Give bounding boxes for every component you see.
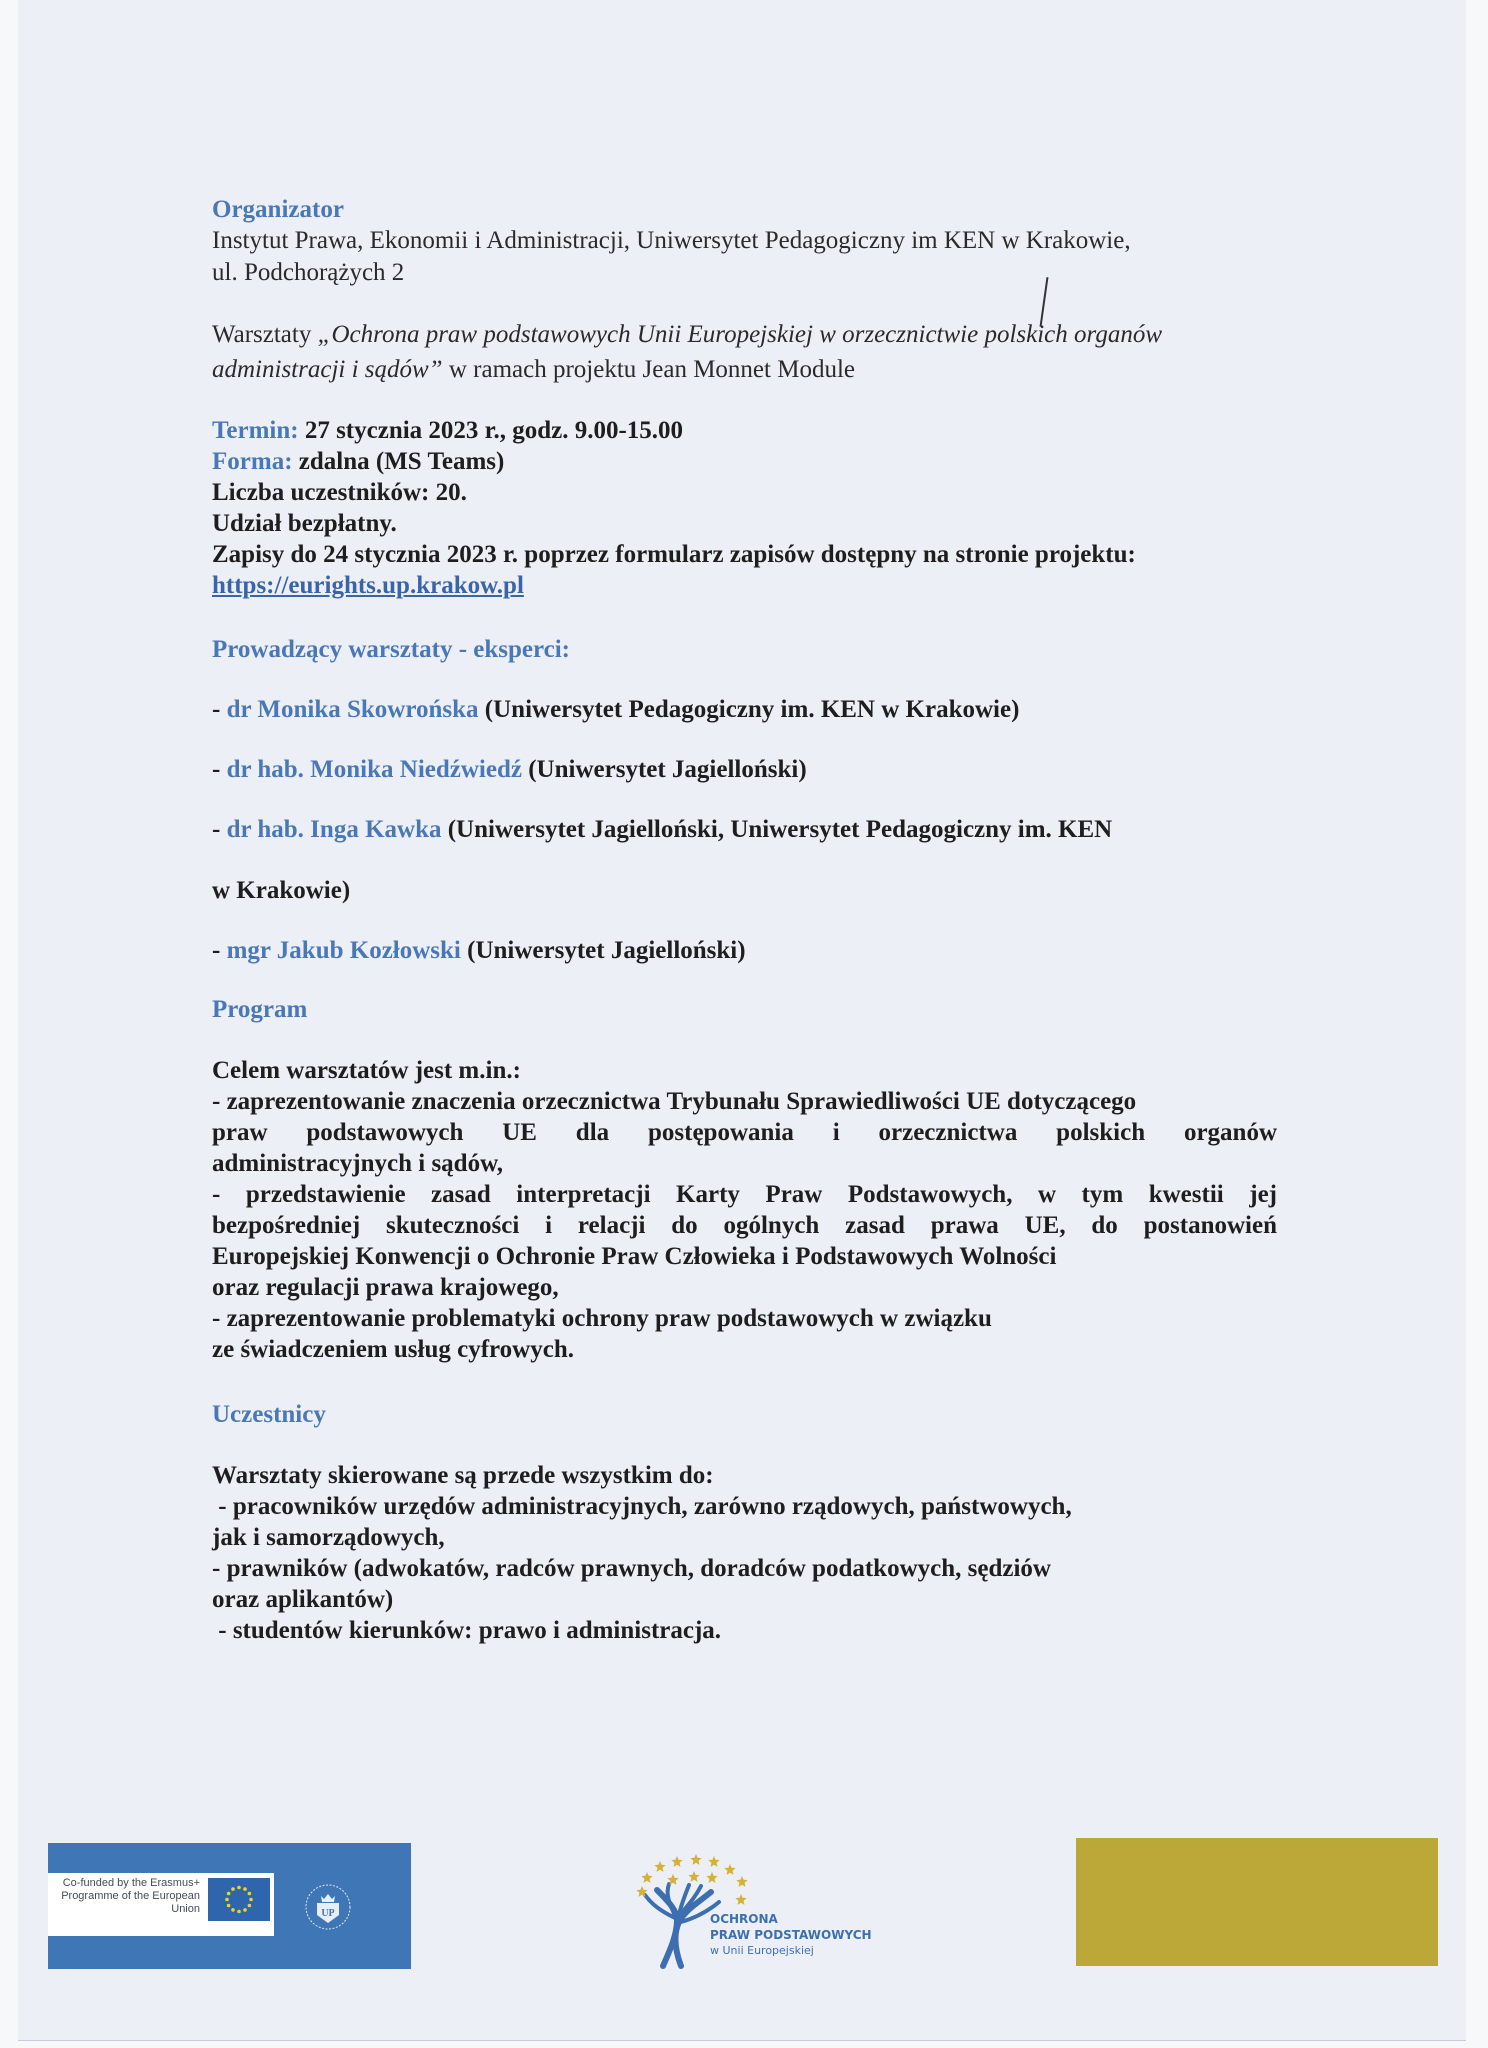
experts-heading: Prowadzący warsztaty - eksperci: xyxy=(212,636,570,664)
participants-heading: Uczestnicy xyxy=(212,1401,326,1429)
termin-value: 27 stycznia 2023 r., godz. 9.00-15.00 xyxy=(299,417,683,444)
project-logo-line3: w Unii Europejskiej xyxy=(710,1944,814,1957)
program-goal-line: - zaprezentowanie problematyki ochrony p… xyxy=(212,1305,992,1333)
registration-info: Zapisy do 24 stycznia 2023 r. poprzez fo… xyxy=(212,541,1136,569)
workshop-prefix: Warsztaty xyxy=(212,321,318,348)
workshop-title-line1: Warsztaty „Ochrona praw podstawowych Uni… xyxy=(212,321,1162,349)
program-goal-line: oraz regulacji prawa krajowego, xyxy=(212,1274,559,1302)
program-heading: Program xyxy=(212,996,307,1024)
termin-label: Termin: xyxy=(212,417,299,444)
up-university-emblem-icon: UP xyxy=(304,1883,352,1931)
gold-logo-block xyxy=(1076,1838,1438,1966)
program-goal-line: - przedstawienie zasad interpretacji Kar… xyxy=(212,1181,1277,1209)
participant-target-line: - pracowników urzędów administracyjnych,… xyxy=(212,1493,1072,1521)
project-logo-line1: OCHRONA xyxy=(710,1912,778,1926)
expert-affiliation: (Uniwersytet Pedagogiczny im. KEN w Krak… xyxy=(479,696,1020,723)
expert-item: - dr hab. Monika Niedźwiedź (Uniwersytet… xyxy=(212,756,807,784)
expert-affiliation: (Uniwersytet Jagielloński) xyxy=(461,937,746,964)
forma-line: Forma: zdalna (MS Teams) xyxy=(212,448,504,476)
organizer-address-line2: ul. Podchorążych 2 xyxy=(212,259,404,287)
program-goal-line: administracyjnych i sądów, xyxy=(212,1150,503,1178)
program-goal-line: bezpośredniej skuteczności i relacji do … xyxy=(212,1212,1277,1240)
organizer-address-line1: Instytut Prawa, Ekonomii i Administracji… xyxy=(212,227,1131,255)
participants-intro: Warsztaty skierowane są przede wszystkim… xyxy=(212,1462,714,1490)
expert-name: dr hab. Monika Niedźwiedź xyxy=(227,756,522,783)
svg-text:UP: UP xyxy=(321,1908,334,1919)
workshop-title-line2: administracji i sądów” w ramach projektu… xyxy=(212,356,855,384)
program-intro: Celem warsztatów jest m.in.: xyxy=(212,1057,521,1085)
expert-item: - dr Monika Skowrońska (Uniwersytet Peda… xyxy=(212,696,1019,724)
project-website-link[interactable]: https://eurights.up.krakow.pl xyxy=(212,572,524,600)
participant-target-line: oraz aplikantów) xyxy=(212,1586,393,1614)
erasmus-cofunded-logo: Co-funded by the Erasmus+ Programme of t… xyxy=(48,1843,411,1969)
expert-affiliation: (Uniwersytet Jagielloński, Uniwersytet P… xyxy=(441,816,1112,843)
expert-affiliation-continued: w Krakowie) xyxy=(212,877,350,905)
erasmus-cofunded-text: Co-funded by the Erasmus+ Programme of t… xyxy=(52,1877,200,1916)
expert-name: dr Monika Skowrońska xyxy=(227,696,479,723)
workshop-title-italic-2: administracji i sądów” xyxy=(212,356,443,383)
participation-fee: Udział bezpłatny. xyxy=(212,510,397,538)
program-goal-line: - zaprezentowanie znaczenia orzecznictwa… xyxy=(212,1088,1136,1116)
project-logo-line2: PRAW PODSTAWOWYCH xyxy=(710,1928,872,1942)
expert-name: mgr Jakub Kozłowski xyxy=(227,937,461,964)
organizer-heading: Organizator xyxy=(212,196,344,224)
participant-target-line: - prawników (adwokatów, radców prawnych,… xyxy=(212,1555,1051,1583)
forma-label: Forma: xyxy=(212,448,293,475)
participant-target-line: - studentów kierunków: prawo i administr… xyxy=(212,1617,721,1645)
program-goal-line: ze świadczeniem usług cyfrowych. xyxy=(212,1336,574,1364)
participant-target-line: jak i samorządowych, xyxy=(212,1524,445,1552)
forma-value: zdalna (MS Teams) xyxy=(293,448,505,475)
expert-item: - mgr Jakub Kozłowski (Uniwersytet Jagie… xyxy=(212,937,746,965)
workshop-suffix: w ramach projektu Jean Monnet Module xyxy=(443,356,855,383)
workshop-title-italic: „Ochrona praw podstawowych Unii Europejs… xyxy=(318,321,1162,348)
participants-count: Liczba uczestników: 20. xyxy=(212,479,467,507)
expert-name: dr hab. Inga Kawka xyxy=(227,816,442,843)
termin-line: Termin: 27 stycznia 2023 r., godz. 9.00-… xyxy=(212,417,683,445)
program-goal-line: Europejskiej Konwencji o Ochronie Praw C… xyxy=(212,1243,1056,1271)
expert-affiliation: (Uniwersytet Jagielloński) xyxy=(522,756,807,783)
eu-flag-icon xyxy=(208,1878,270,1921)
expert-item: - dr hab. Inga Kawka (Uniwersytet Jagiel… xyxy=(212,816,1112,844)
program-goal-line: praw podstawowych UE dla postępowania i … xyxy=(212,1119,1277,1147)
